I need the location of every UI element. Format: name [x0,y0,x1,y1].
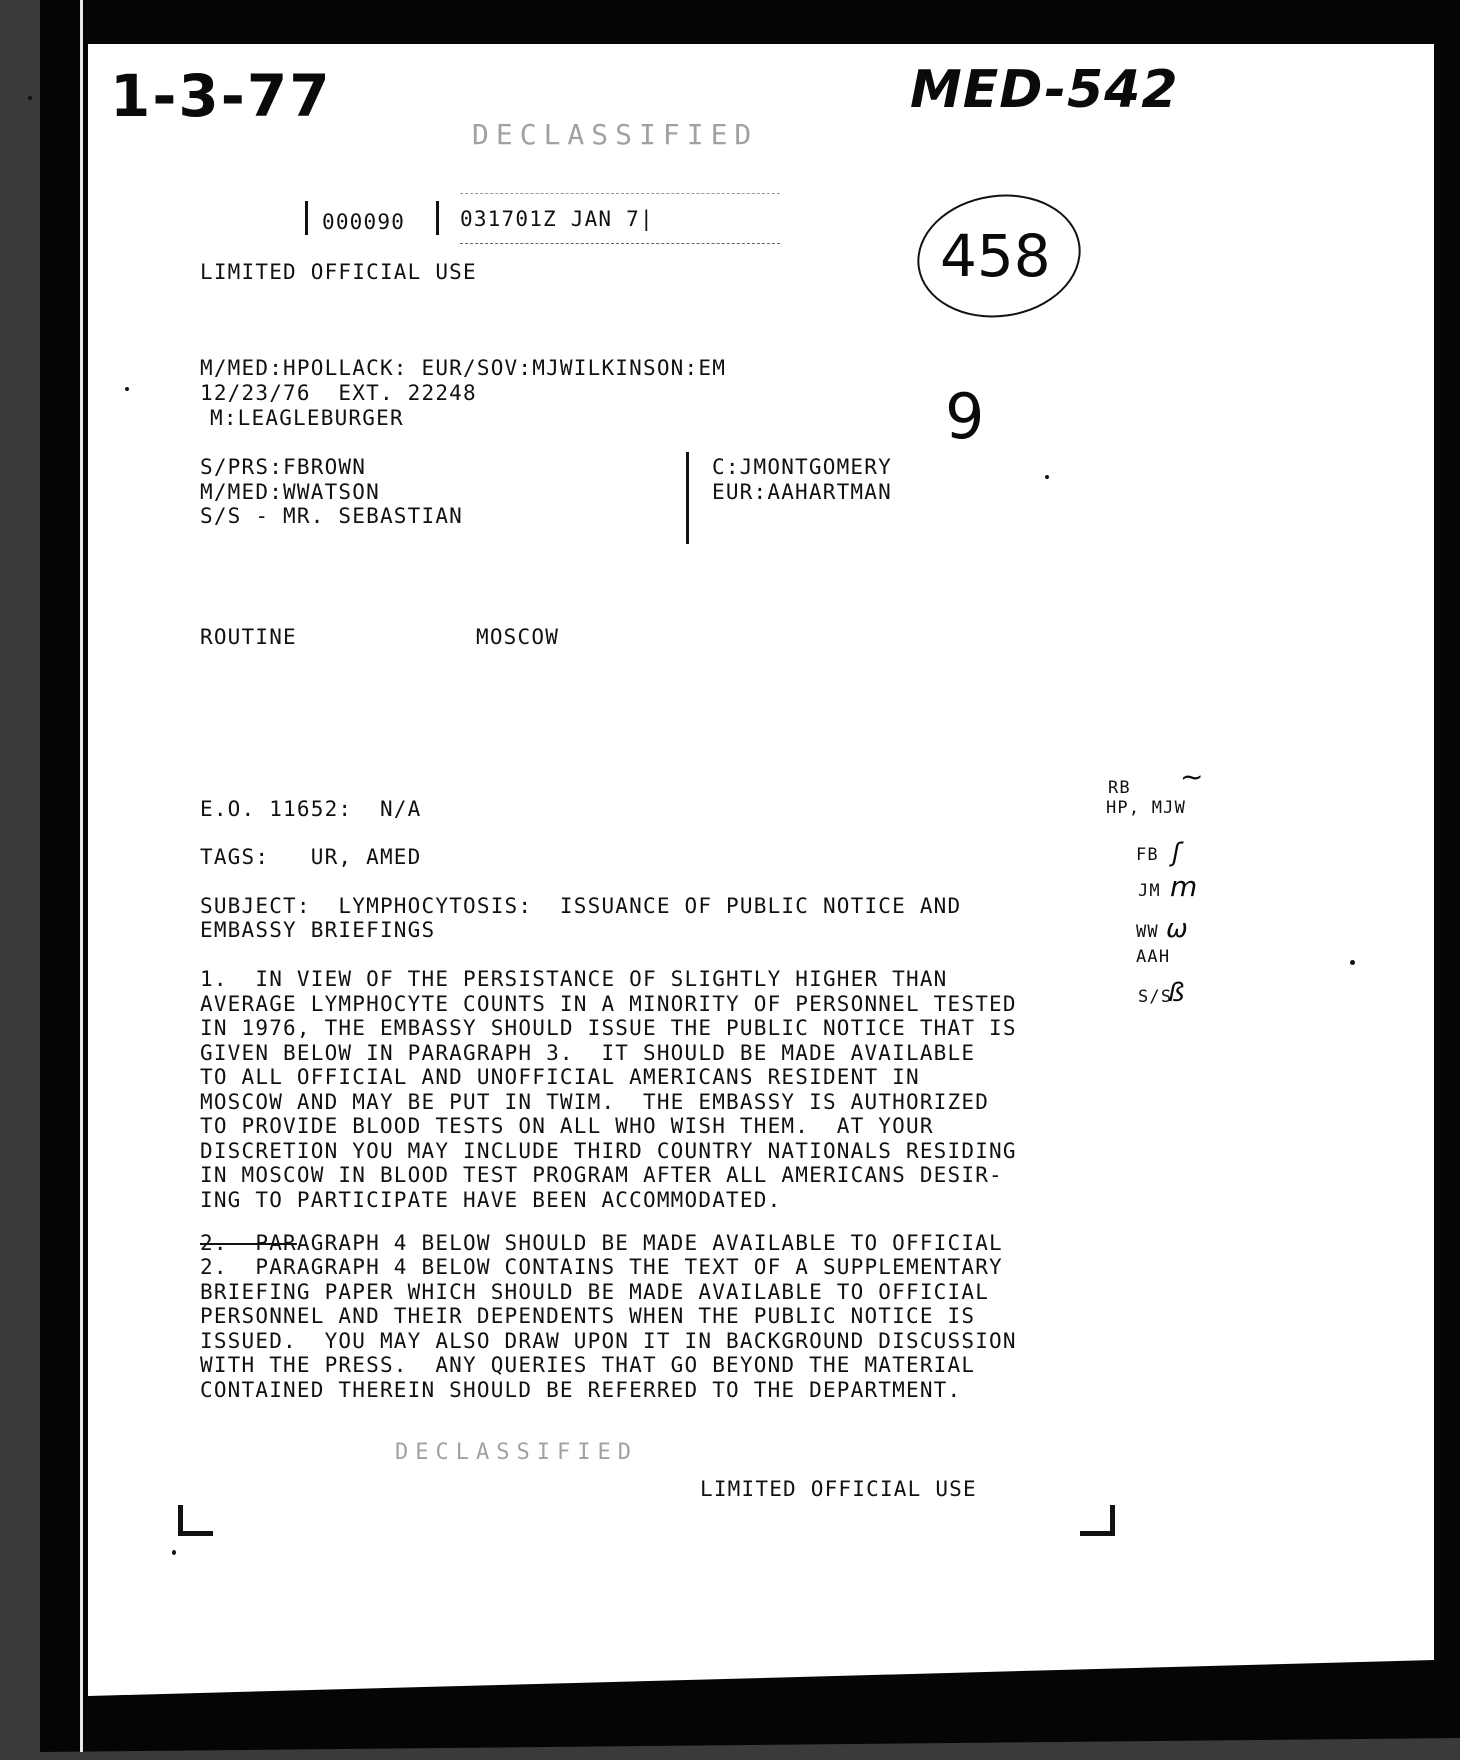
declassified-stamp-footer: DECLASSIFIED [395,1440,638,1465]
classification-top: LIMITED OFFICIAL USE [200,260,477,285]
signature-scribble: ω [1166,914,1188,944]
initial-ww: WW [1136,920,1159,945]
subject-line: SUBJECT: LYMPHOCYTOSIS: ISSUANCE OF PUBL… [200,894,961,919]
body-line: BRIEFING PAPER WHICH SHOULD BE MADE AVAI… [200,1280,989,1305]
clearance-left: M/MED:WWATSON [200,480,380,505]
body-line: AVERAGE LYMPHOCYTE COUNTS IN A MINORITY … [200,992,1017,1017]
handwritten-date: 1-3-77 [110,62,332,130]
declassified-stamp: DECLASSIFIED [472,118,758,151]
datetime-group: 031701Z JAN 7| [460,207,654,232]
signature-scribble: m [1170,870,1197,903]
initial-hp-mjw: HP, MJW [1106,796,1186,821]
addressee: MOSCOW [476,625,559,650]
initial-fb: FB [1136,843,1159,868]
eo-line: E.O. 11652: N/A [200,797,422,822]
serial-divider [305,201,308,235]
body-line: IN 1976, THE EMBASSY SHOULD ISSUE THE PU… [200,1016,1017,1041]
signature-scribble: ~ [1180,760,1203,793]
scan-speck [1350,960,1355,965]
clearance-divider [686,452,689,544]
approver-line: M:LEAGLEBURGER [210,406,404,431]
body-line: 2. PARAGRAPH 4 BELOW CONTAINS THE TEXT O… [200,1255,1003,1280]
subject-line: EMBASSY BRIEFINGS [200,918,435,943]
serial-divider [436,201,439,235]
body-line: TO ALL OFFICIAL AND UNOFFICIAL AMERICANS… [200,1065,920,1090]
dtg-overline [460,193,780,194]
signature-scribble: ʃ [1172,838,1181,868]
clearance-left: S/S - MR. SEBASTIAN [200,504,463,529]
precedence: ROUTINE [200,625,297,650]
body-line: GIVEN BELOW IN PARAGRAPH 3. IT SHOULD BE… [200,1041,975,1066]
body-line: MOSCOW AND MAY BE PUT IN TWIM. THE EMBAS… [200,1090,989,1115]
body-line: 1. IN VIEW OF THE PERSISTANCE OF SLIGHTL… [200,967,948,992]
body-line: ISSUED. YOU MAY ALSO DRAW UPON IT IN BAC… [200,1329,1017,1354]
classification-bottom: LIMITED OFFICIAL USE [700,1477,977,1502]
page-corner-mark-right [1080,1505,1115,1536]
clearance-left: S/PRS:FBROWN [200,455,366,480]
drafter-line: M/MED:HPOLLACK: EUR/SOV:MJWILKINSON:EM [200,356,726,381]
handwritten-file-number: MED-542 [910,60,1179,120]
clearance-right: C:JMONTGOMERY [712,455,892,480]
body-line: ING TO PARTICIPATE HAVE BEEN ACCOMMODATE… [200,1188,781,1213]
struck-line: 2. PARAGRAPH 4 BELOW SHOULD BE MADE AVAI… [200,1231,1003,1256]
date-ext-line: 12/23/76 EXT. 22248 [200,381,477,406]
scan-edge-line [80,0,83,1752]
initial-aah: AAH [1136,945,1170,970]
scan-speck [1045,475,1049,479]
message-serial: 000090 [322,210,405,235]
body-line: PERSONNEL AND THEIR DEPENDENTS WHEN THE … [200,1304,975,1329]
body-line: DISCRETION YOU MAY INCLUDE THIRD COUNTRY… [200,1139,1017,1164]
scan-speck [125,387,129,391]
page-corner-mark-left [178,1505,213,1536]
clearance-right: EUR:AAHARTMAN [712,480,892,505]
struck-text: 2. PAR [200,1231,297,1255]
body-line: TO PROVIDE BLOOD TESTS ON ALL WHO WISH T… [200,1114,934,1139]
circled-number: 458 [940,222,1051,290]
dtg-underline [460,243,780,244]
signature-scribble: ß [1168,978,1184,1008]
body-line: IN MOSCOW IN BLOOD TEST PROGRAM AFTER AL… [200,1163,1003,1188]
scan-speck [172,1550,176,1555]
body-line: WITH THE PRESS. ANY QUERIES THAT GO BEYO… [200,1353,975,1378]
tags-line: TAGS: UR, AMED [200,845,422,870]
body-line: CONTAINED THEREIN SHOULD BE REFERRED TO … [200,1378,961,1403]
struck-line-rest: AGRAPH 4 BELOW SHOULD BE MADE AVAILABLE … [297,1231,1003,1255]
handwritten-margin-mark: 9 [945,380,984,453]
document-page [88,44,1434,1696]
scan-speck [28,96,32,100]
initial-jm: JM [1138,879,1161,904]
